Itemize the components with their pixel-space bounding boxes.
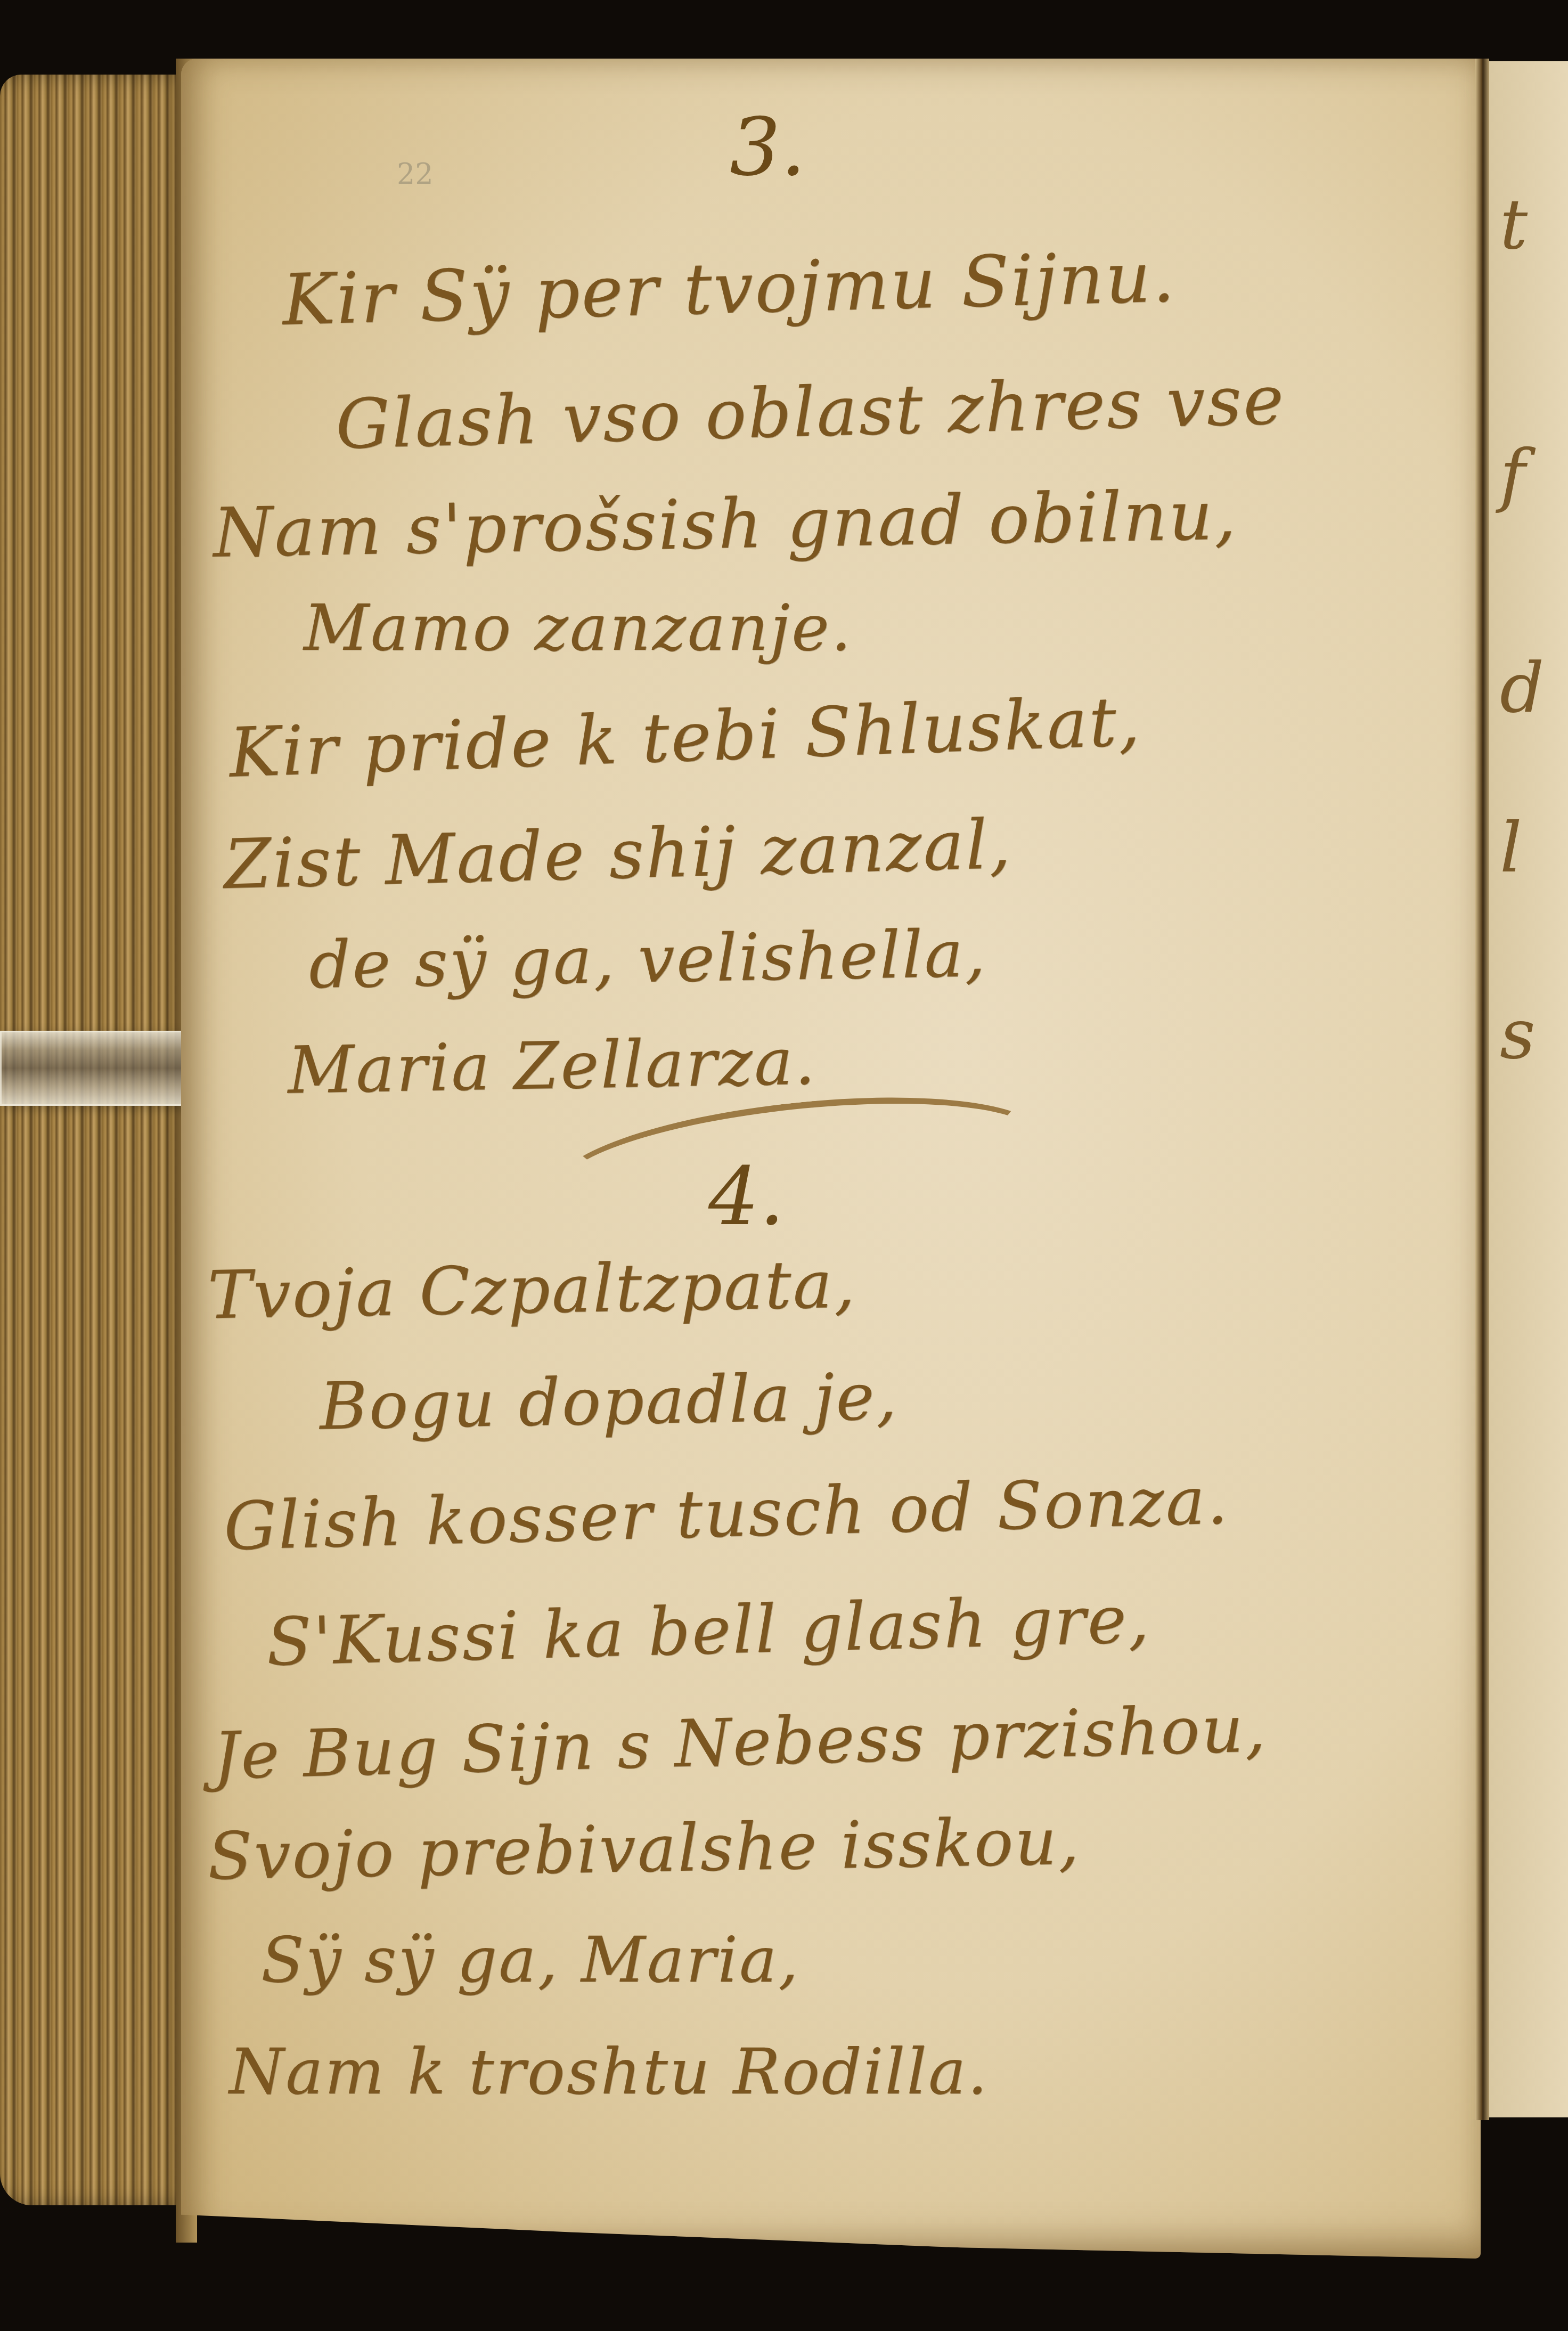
verse-3-line-8: Maria Zellarza. [287,1023,818,1108]
right-page-text-fragment: d [1500,647,1544,728]
verse-4-line-1: Tvoja Czpaltzpata, [207,1246,857,1334]
manuscript-left-page: 22 3. Kir Sÿ per tvojmu Sijnu. Glash vso… [181,59,1481,2259]
folio-number: 22 [397,157,434,191]
verse-3-line-4: Mamo zanzanje. [304,591,853,665]
verse-3-line-1: Kir Sÿ per tvojmu Sijnu. [281,236,1177,341]
right-page-text-fragment: l [1500,807,1522,888]
verse-4-line-6: Svojo prebivalshe isskou, [207,1804,1081,1895]
right-page-text-fragment: f [1500,434,1525,515]
verse-4-line-3: Glish kosser tusch od Sonza. [223,1462,1230,1565]
verse-4-line-7: Sÿ sÿ ga, Maria, [261,1923,800,1996]
book-gutter [1475,59,1489,2120]
verse-3-line-5: Kir pride k tebi Shluskat, [228,682,1142,793]
verse-3-line-2: Glash vso oblast zhres vse [334,361,1286,465]
verse-4-line-2: Bogu dopadla je, [319,1359,899,1445]
verse-3-line-3: Nam s'prošsish gnad obilnu, [213,476,1238,573]
right-page-text-fragment: s [1500,993,1536,1074]
verse-3-line-6: Zist Made shij zanzal, [223,805,1013,905]
right-page-text-fragment: t [1500,184,1528,265]
decorative-flourish [549,1077,1051,1247]
book-page-edges [0,75,192,2205]
verse-4-line-5: Je Bug Sijn s Nebess przishou, [212,1691,1268,1794]
verse-4-line-8: Nam k troshtu Rodilla. [229,2035,989,2108]
verse-number-4: 4. [708,1151,785,1243]
verse-3-line-7: de sÿ ga, velishella, [308,916,987,1003]
verse-number-3: 3. [730,101,806,194]
verse-4-line-4: S'Kussi ka bell glash gre, [265,1581,1151,1681]
manuscript-right-page: t f d l s [1489,61,1568,2117]
